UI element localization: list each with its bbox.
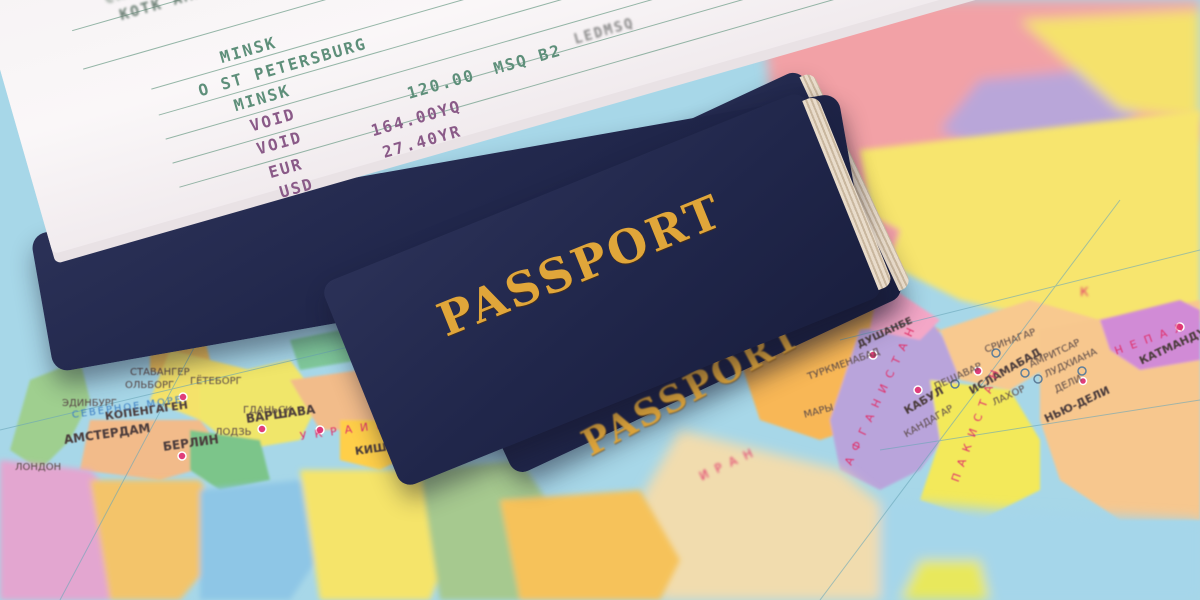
map-city-label: ЛОНДОН	[15, 462, 61, 473]
photo-scene: СТАВАНГЕР ОЛЬБОРГ ГЁТЕБОРГ ЭДИНБУРГ КОПЕ…	[0, 0, 1200, 600]
map-region-label: К	[1080, 285, 1097, 299]
map-city-label: ГЁТЕБОРГ	[190, 376, 242, 387]
map-city-label: ОЛЬБОРГ	[125, 380, 174, 391]
map-city-label: ЛОДЗЬ	[215, 427, 251, 438]
map-city-label: СТАВАНГЕР	[130, 367, 190, 378]
